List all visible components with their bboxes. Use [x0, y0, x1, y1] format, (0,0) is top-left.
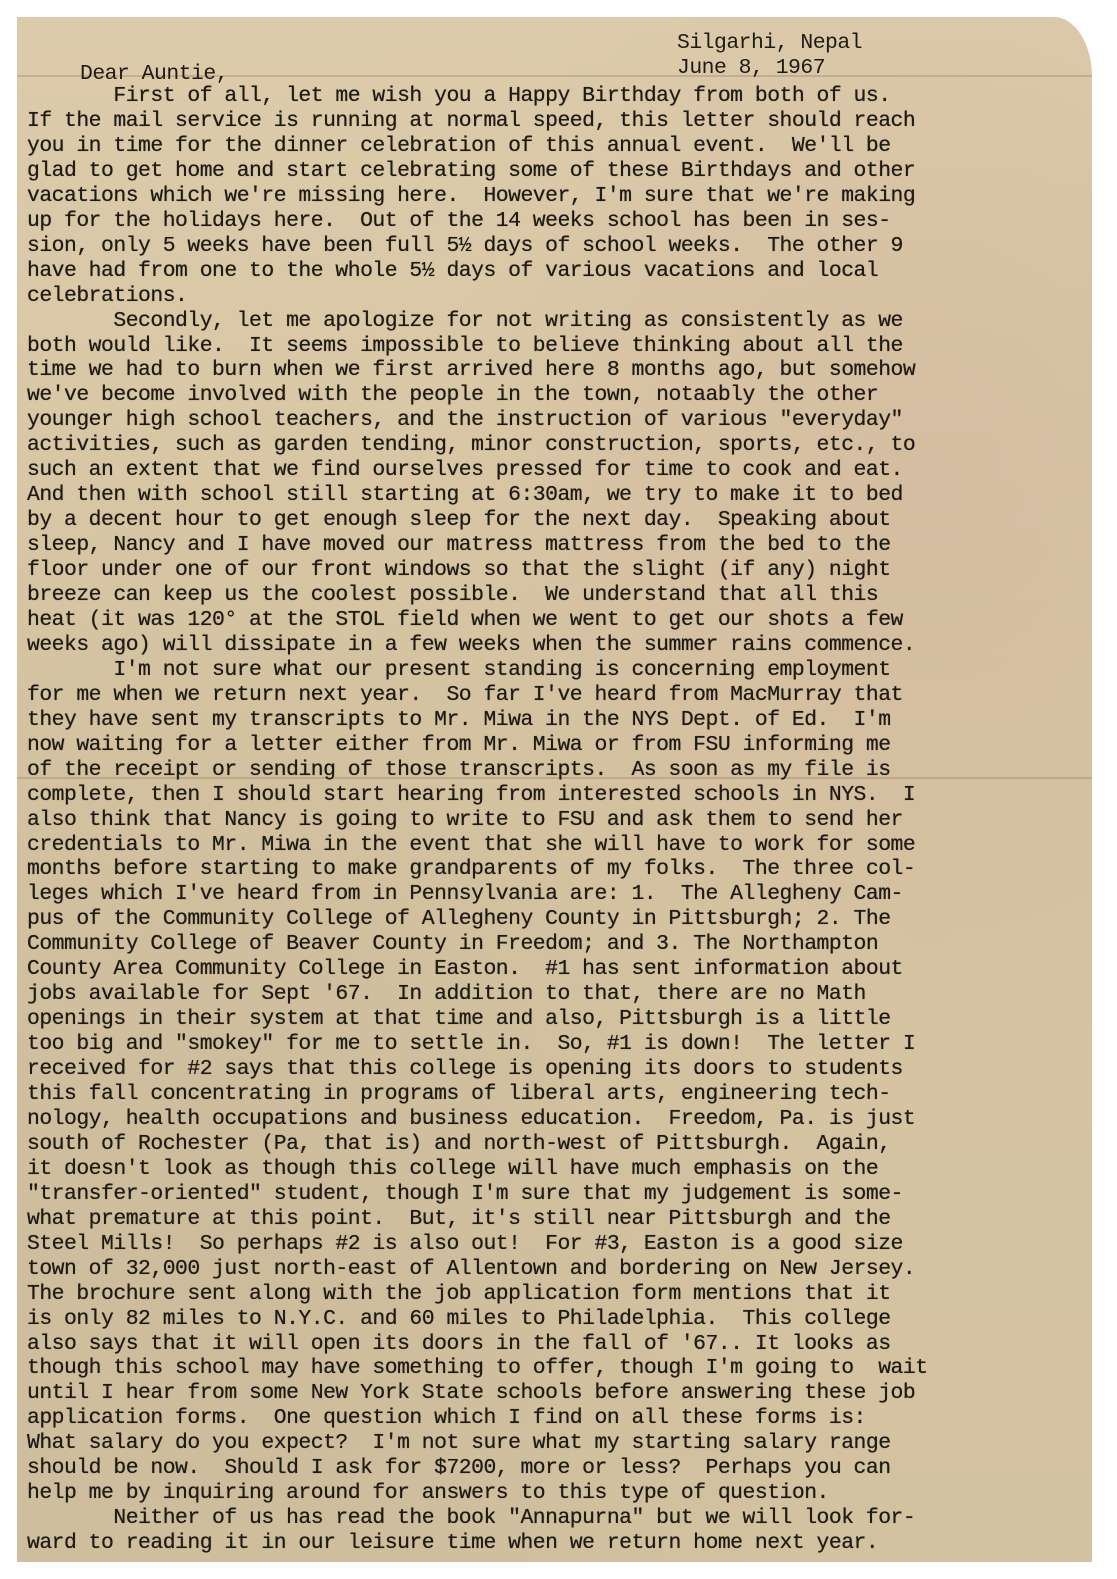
letter-line: pus of the Community College of Alleghen… [27, 907, 891, 932]
letter-line: vacations which we're missing here. Howe… [27, 184, 915, 209]
letter-line: you in time for the dinner celebration o… [27, 134, 891, 159]
letter-line: nology, health occupations and business … [27, 1107, 915, 1132]
letter-line: breeze can keep us the coolest possible.… [27, 583, 878, 608]
letter-line: Neither of us has read the book "Annapur… [27, 1506, 915, 1531]
letter-line: have had from one to the whole 5½ days o… [27, 259, 878, 284]
letter-line: First of all, let me wish you a Happy Bi… [27, 84, 891, 109]
letter-line: ward to reading it in our leisure time w… [27, 1531, 878, 1556]
letter-line: County Area Community College in Easton.… [27, 957, 903, 982]
letter-line: months before starting to make grandpare… [27, 857, 915, 882]
letter-line: town of 32,000 just north-east of Allent… [27, 1257, 915, 1282]
letter-line: is only 82 miles to N.Y.C. and 60 miles … [27, 1307, 891, 1332]
letter-line: Steel Mills! So perhaps #2 is also out! … [27, 1232, 903, 1257]
letter-place: Silgarhi, Nepal [677, 31, 862, 55]
letter-line: time we had to burn when we first arrive… [27, 358, 915, 383]
letter-line: And then with school still starting at 6… [27, 483, 903, 508]
letter-line: Community College of Beaver County in Fr… [27, 932, 878, 957]
letter-paper: Silgarhi, Nepal June 8, 1967 Dear Auntie… [17, 17, 1092, 1562]
letter-line: also says that it will open its doors in… [27, 1332, 891, 1357]
letter-line: for me when we return next year. So far … [27, 683, 903, 708]
letter-line: such an extent that we find ourselves pr… [27, 458, 903, 483]
letter-line: Secondly, let me apologize for not writi… [27, 309, 903, 334]
letter-line: both would like. It seems impossible to … [27, 334, 903, 359]
letter-line: If the mail service is running at normal… [27, 109, 915, 134]
letter-line: up for the holidays here. Out of the 14 … [27, 209, 891, 234]
letter-line: should be now. Should I ask for $7200, m… [27, 1456, 891, 1481]
letter-line: floor under one of our front windows so … [27, 558, 891, 583]
letter-line: it doesn't look as though this college w… [27, 1157, 878, 1182]
letter-line: what premature at this point. But, it's … [27, 1207, 891, 1232]
letter-line: credentials to Mr. Miwa in the event tha… [27, 833, 915, 858]
letter-line: until I hear from some New York State sc… [27, 1381, 915, 1406]
letter-salutation: Dear Auntie, [80, 62, 228, 86]
letter-line: I'm not sure what our present standing i… [27, 658, 891, 683]
letter-line: jobs available for Sept '67. In addition… [27, 982, 866, 1007]
letter-line: glad to get home and start celebrating s… [27, 159, 915, 184]
letter-line: this fall concentrating in programs of l… [27, 1082, 891, 1107]
letter-line: though this school may have something to… [27, 1356, 928, 1381]
letter-line: we've become involved with the people in… [27, 383, 878, 408]
letter-line: application forms. One question which I … [27, 1406, 866, 1431]
letter-line: younger high school teachers, and the in… [27, 408, 903, 433]
letter-line: sion, only 5 weeks have been full 5½ day… [27, 234, 903, 259]
letter-line: "transfer-oriented" student, though I'm … [27, 1182, 903, 1207]
letter-line: leges which I've heard from in Pennsylva… [27, 882, 903, 907]
letter-line: sleep, Nancy and I have moved our matres… [27, 533, 891, 558]
letter-line: received for #2 says that this college i… [27, 1057, 903, 1082]
letter-line: What salary do you expect? I'm not sure … [27, 1431, 891, 1456]
letter-date: June 8, 1967 [677, 56, 825, 80]
letter-line: complete, then I should start hearing fr… [27, 783, 915, 808]
letter-line: openings in their system at that time an… [27, 1007, 891, 1032]
letter-line: now waiting for a letter either from Mr.… [27, 733, 891, 758]
letter-line: also think that Nancy is going to write … [27, 808, 903, 833]
letter-line: too big and "smokey" for me to settle in… [27, 1032, 915, 1057]
letter-line: activities, such as garden tending, mino… [27, 433, 915, 458]
letter-line: they have sent my transcripts to Mr. Miw… [27, 708, 891, 733]
letter-line: heat (it was 120° at the STOL field when… [27, 608, 903, 633]
letter-line: celebrations. [27, 284, 187, 309]
letter-line: weeks ago) will dissipate in a few weeks… [27, 633, 915, 658]
letter-line: help me by inquiring around for answers … [27, 1481, 829, 1506]
letter-line: of the receipt or sending of those trans… [27, 758, 891, 783]
letter-line: by a decent hour to get enough sleep for… [27, 508, 891, 533]
letter-line: south of Rochester (Pa, that is) and nor… [27, 1132, 891, 1157]
letter-line: The brochure sent along with the job app… [27, 1282, 891, 1307]
